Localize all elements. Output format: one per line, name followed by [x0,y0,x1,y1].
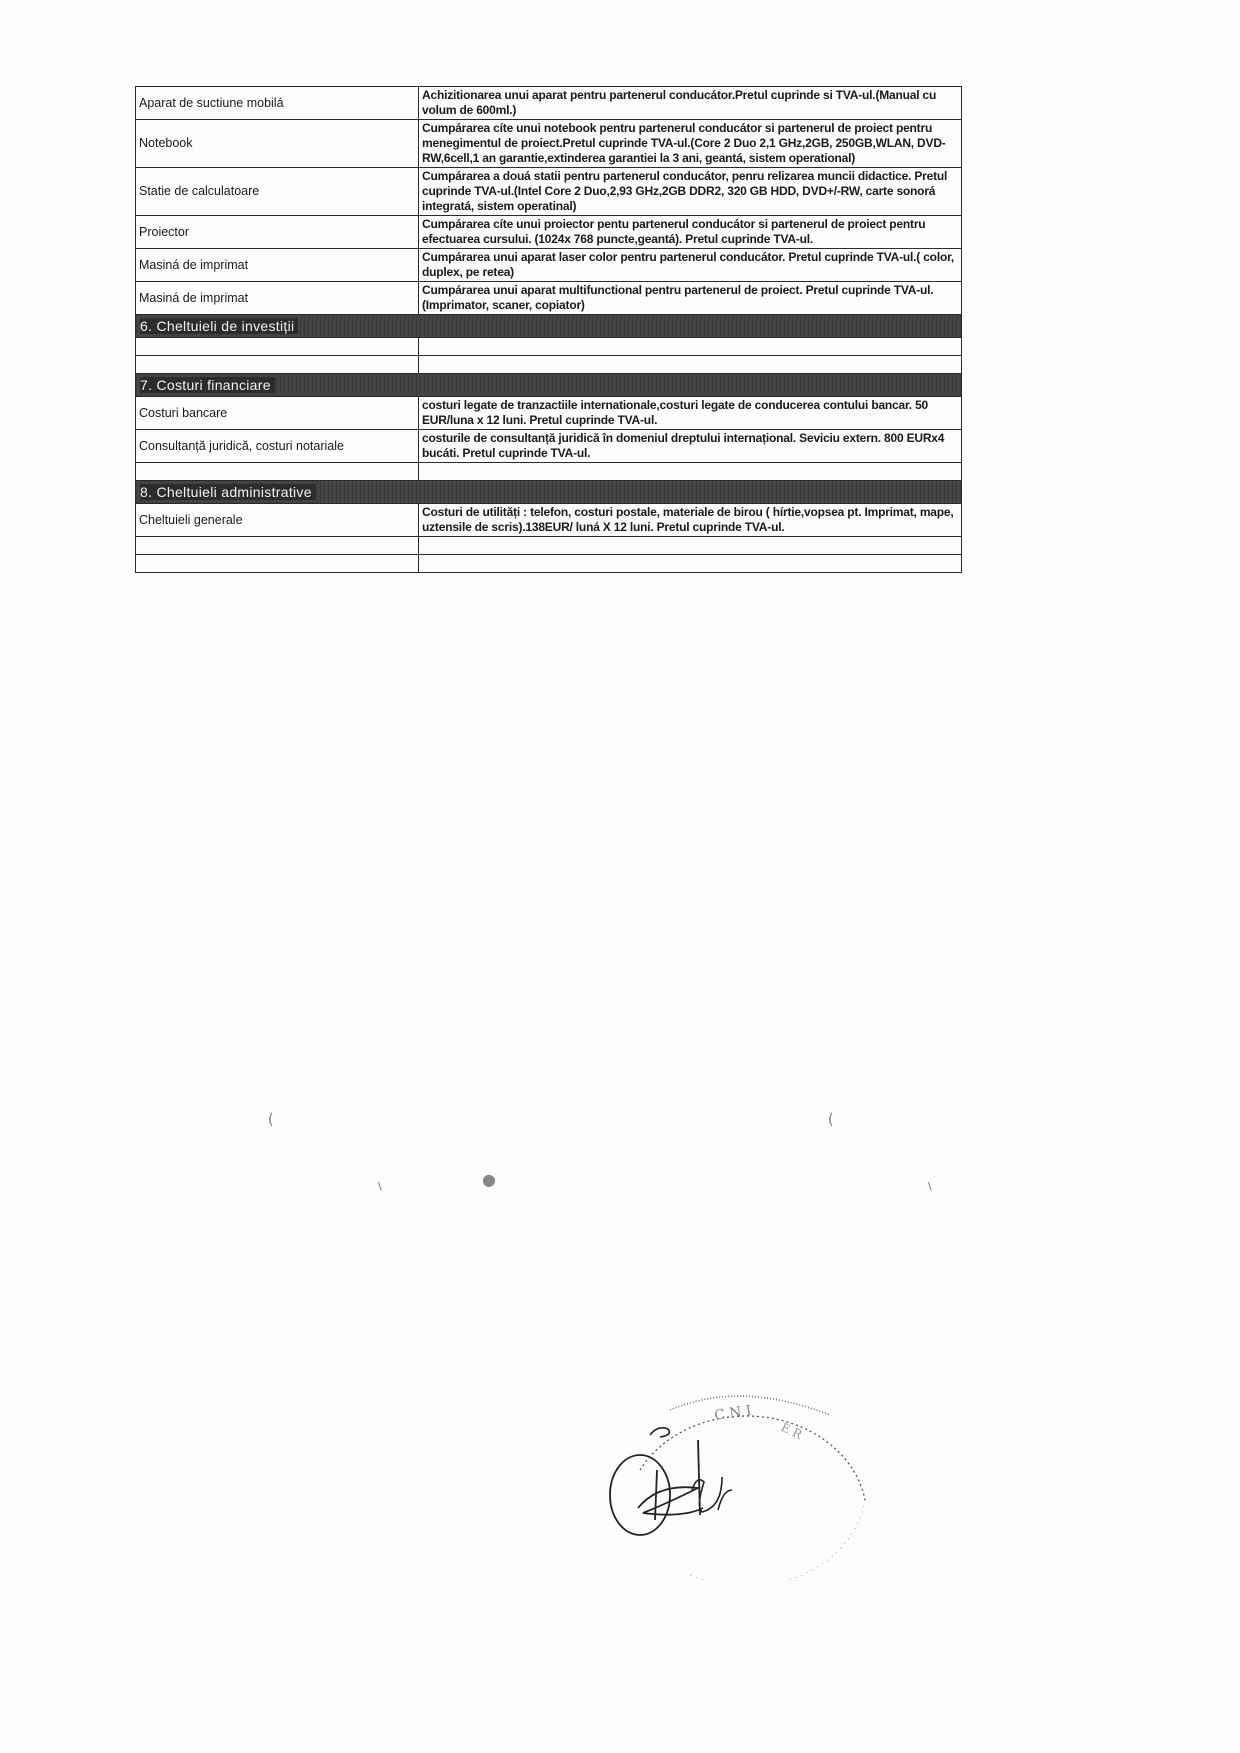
item-description-cell: Cumpárarea cíte unui proiector pentu par… [419,216,962,249]
scan-artifact: ● [482,1170,496,1189]
item-description-cell: Achizitionarea unui aparat pentru parten… [419,87,962,120]
scan-artifact: ( [828,1112,833,1128]
svg-text:C N I: C N I [713,1403,752,1424]
item-name-cell: Statie de calculatoare [136,168,419,216]
table-row: NotebookCumpárarea cíte unui notebook pe… [136,120,962,168]
item-description-cell: costuri legate de tranzactiile internati… [419,397,962,430]
scanned-page: Aparat de suctiune mobiláAchizitionarea … [0,0,1240,1753]
item-name-cell [136,356,419,374]
empty-row [136,537,962,555]
table-row: Costuri bancarecosturi legate de tranzac… [136,397,962,430]
empty-row [136,338,962,356]
signature-with-stamp-icon: C N I E R [600,1360,880,1580]
item-name-cell [136,338,419,356]
item-description-cell: Cumpárarea a douá statii pentru partener… [419,168,962,216]
item-description-cell: Cumpárarea cíte unui notebook pentru par… [419,120,962,168]
section-title: 6. Cheltuieli de investiții [136,315,962,338]
section-header-row: 6. Cheltuieli de investiții [136,315,962,338]
item-name-cell: Notebook [136,120,419,168]
table-row: Statie de calculatoareCumpárarea a douá … [136,168,962,216]
item-name-cell [136,463,419,481]
section-title: 7. Costuri financiare [136,374,962,397]
item-description-cell [419,356,962,374]
section-title-text: 7. Costuri financiare [140,377,275,393]
item-name-cell: Costuri bancare [136,397,419,430]
item-name-cell: Masiná de imprimat [136,249,419,282]
item-name-cell: Consultanță juridică, costuri notariale [136,430,419,463]
item-description-cell: costurile de consultanță juridică în dom… [419,430,962,463]
item-description-cell [419,555,962,573]
item-name-cell: Proiector [136,216,419,249]
table-row: Masiná de imprimatCumpárarea unui aparat… [136,282,962,315]
item-description-cell: Cumpárarea unui aparat laser color pentr… [419,249,962,282]
section-header-row: 7. Costuri financiare [136,374,962,397]
table-row: Consultanță juridică, costuri notarialec… [136,430,962,463]
empty-row [136,555,962,573]
svg-text:E R: E R [779,1420,805,1442]
table-row: Masiná de imprimatCumpárarea unui aparat… [136,249,962,282]
item-name-cell [136,537,419,555]
section-header-row: 8. Cheltuieli administrative [136,481,962,504]
table-row: Cheltuieli generaleCosturi de utilități … [136,504,962,537]
item-description-cell [419,463,962,481]
table-row: ProiectorCumpárarea cíte unui proiector … [136,216,962,249]
scan-artifact: \ [378,1180,382,1193]
section-title-text: 6. Cheltuieli de investiții [140,318,298,334]
item-name-cell: Masiná de imprimat [136,282,419,315]
item-name-cell [136,555,419,573]
item-name-cell: Aparat de suctiune mobilá [136,87,419,120]
item-name-cell: Cheltuieli generale [136,504,419,537]
empty-row [136,463,962,481]
section-title: 8. Cheltuieli administrative [136,481,962,504]
scan-artifact: ( [268,1112,273,1128]
empty-row [136,356,962,374]
item-description-cell: Costuri de utilități : telefon, costuri … [419,504,962,537]
item-description-cell: Cumpárarea unui aparat multifunctional p… [419,282,962,315]
signature-stamp: C N I E R [600,1360,880,1580]
item-description-cell [419,537,962,555]
section-title-text: 8. Cheltuieli administrative [140,484,316,500]
item-description-cell [419,338,962,356]
scan-artifact: \ [928,1180,932,1193]
table-row: Aparat de suctiune mobiláAchizitionarea … [136,87,962,120]
budget-justification-table: Aparat de suctiune mobiláAchizitionarea … [135,86,962,573]
